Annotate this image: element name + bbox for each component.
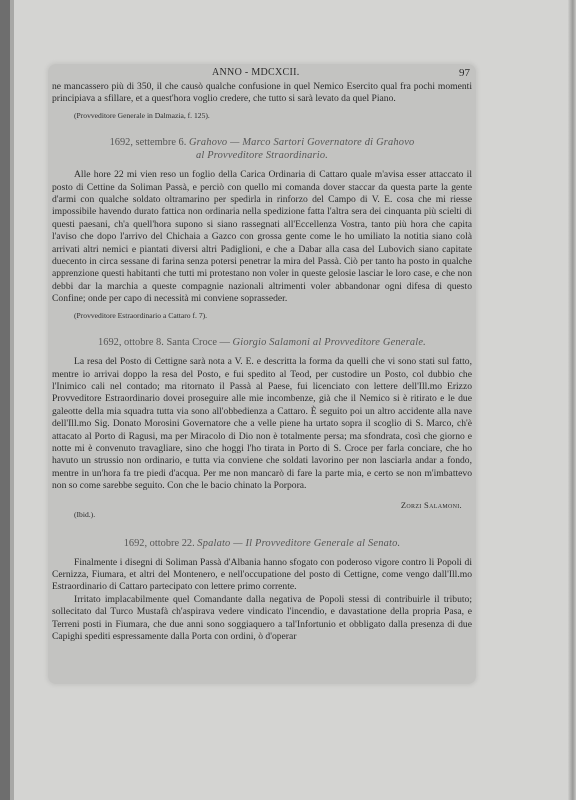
document-paragraph: Irritato implacabilmente quel Comandante…: [52, 594, 472, 644]
document-title: Grahovo — Marco Sartori Governatore di G…: [189, 137, 414, 148]
document-title: Giorgio Salamoni al Provveditore General…: [233, 337, 426, 348]
document-paragraph: Finalmente i disegni di Soliman Passà d'…: [52, 557, 472, 594]
signature: Zorzi Salamoni.: [401, 499, 462, 511]
page-content: ANNO - MDCXCII. 97 ne mancassero più di …: [52, 67, 472, 643]
document-title: Spalato — Il Provveditore Generale al Se…: [197, 538, 400, 549]
document-heading: 1692, ottobre 8. Santa Croce — Giorgio S…: [52, 336, 472, 349]
running-title: ANNO - MDCXCII.: [212, 67, 300, 79]
document-source: (Provveditore Estraordinario a Cattaro f…: [74, 310, 472, 322]
signature-row: (Ibid.). Zorzi Salamoni.: [52, 499, 472, 523]
document-date: 1692, settembre 6.: [110, 137, 187, 148]
running-header: ANNO - MDCXCII. 97: [52, 67, 472, 81]
document-heading: 1692, settembre 6. Grahovo — Marco Sarto…: [52, 136, 472, 162]
document-title-cont: al Provveditore Straordinario.: [196, 150, 328, 161]
intro-paragraph: ne mancassero più di 350, il che causò q…: [52, 81, 472, 106]
document-paragraph: La resa del Posto di Cettigne sarà nota …: [52, 356, 472, 492]
page-number: 97: [459, 67, 470, 79]
page-binding-edge: [0, 0, 10, 800]
document-heading: 1692, ottobre 22. Spalato — Il Provvedit…: [52, 537, 472, 550]
document-paragraph: Alle hore 22 mi vien reso un foglio dell…: [52, 169, 472, 305]
document-date: 1692, ottobre 8. Santa Croce —: [98, 337, 230, 348]
document-date: 1692, ottobre 22.: [124, 538, 195, 549]
page-right-edge: [568, 0, 576, 800]
page-binding-shadow: [10, 0, 14, 800]
document-source: (Ibid.).: [74, 509, 95, 521]
intro-source: (Provveditore Generale in Dalmazia, f. 1…: [74, 110, 472, 122]
